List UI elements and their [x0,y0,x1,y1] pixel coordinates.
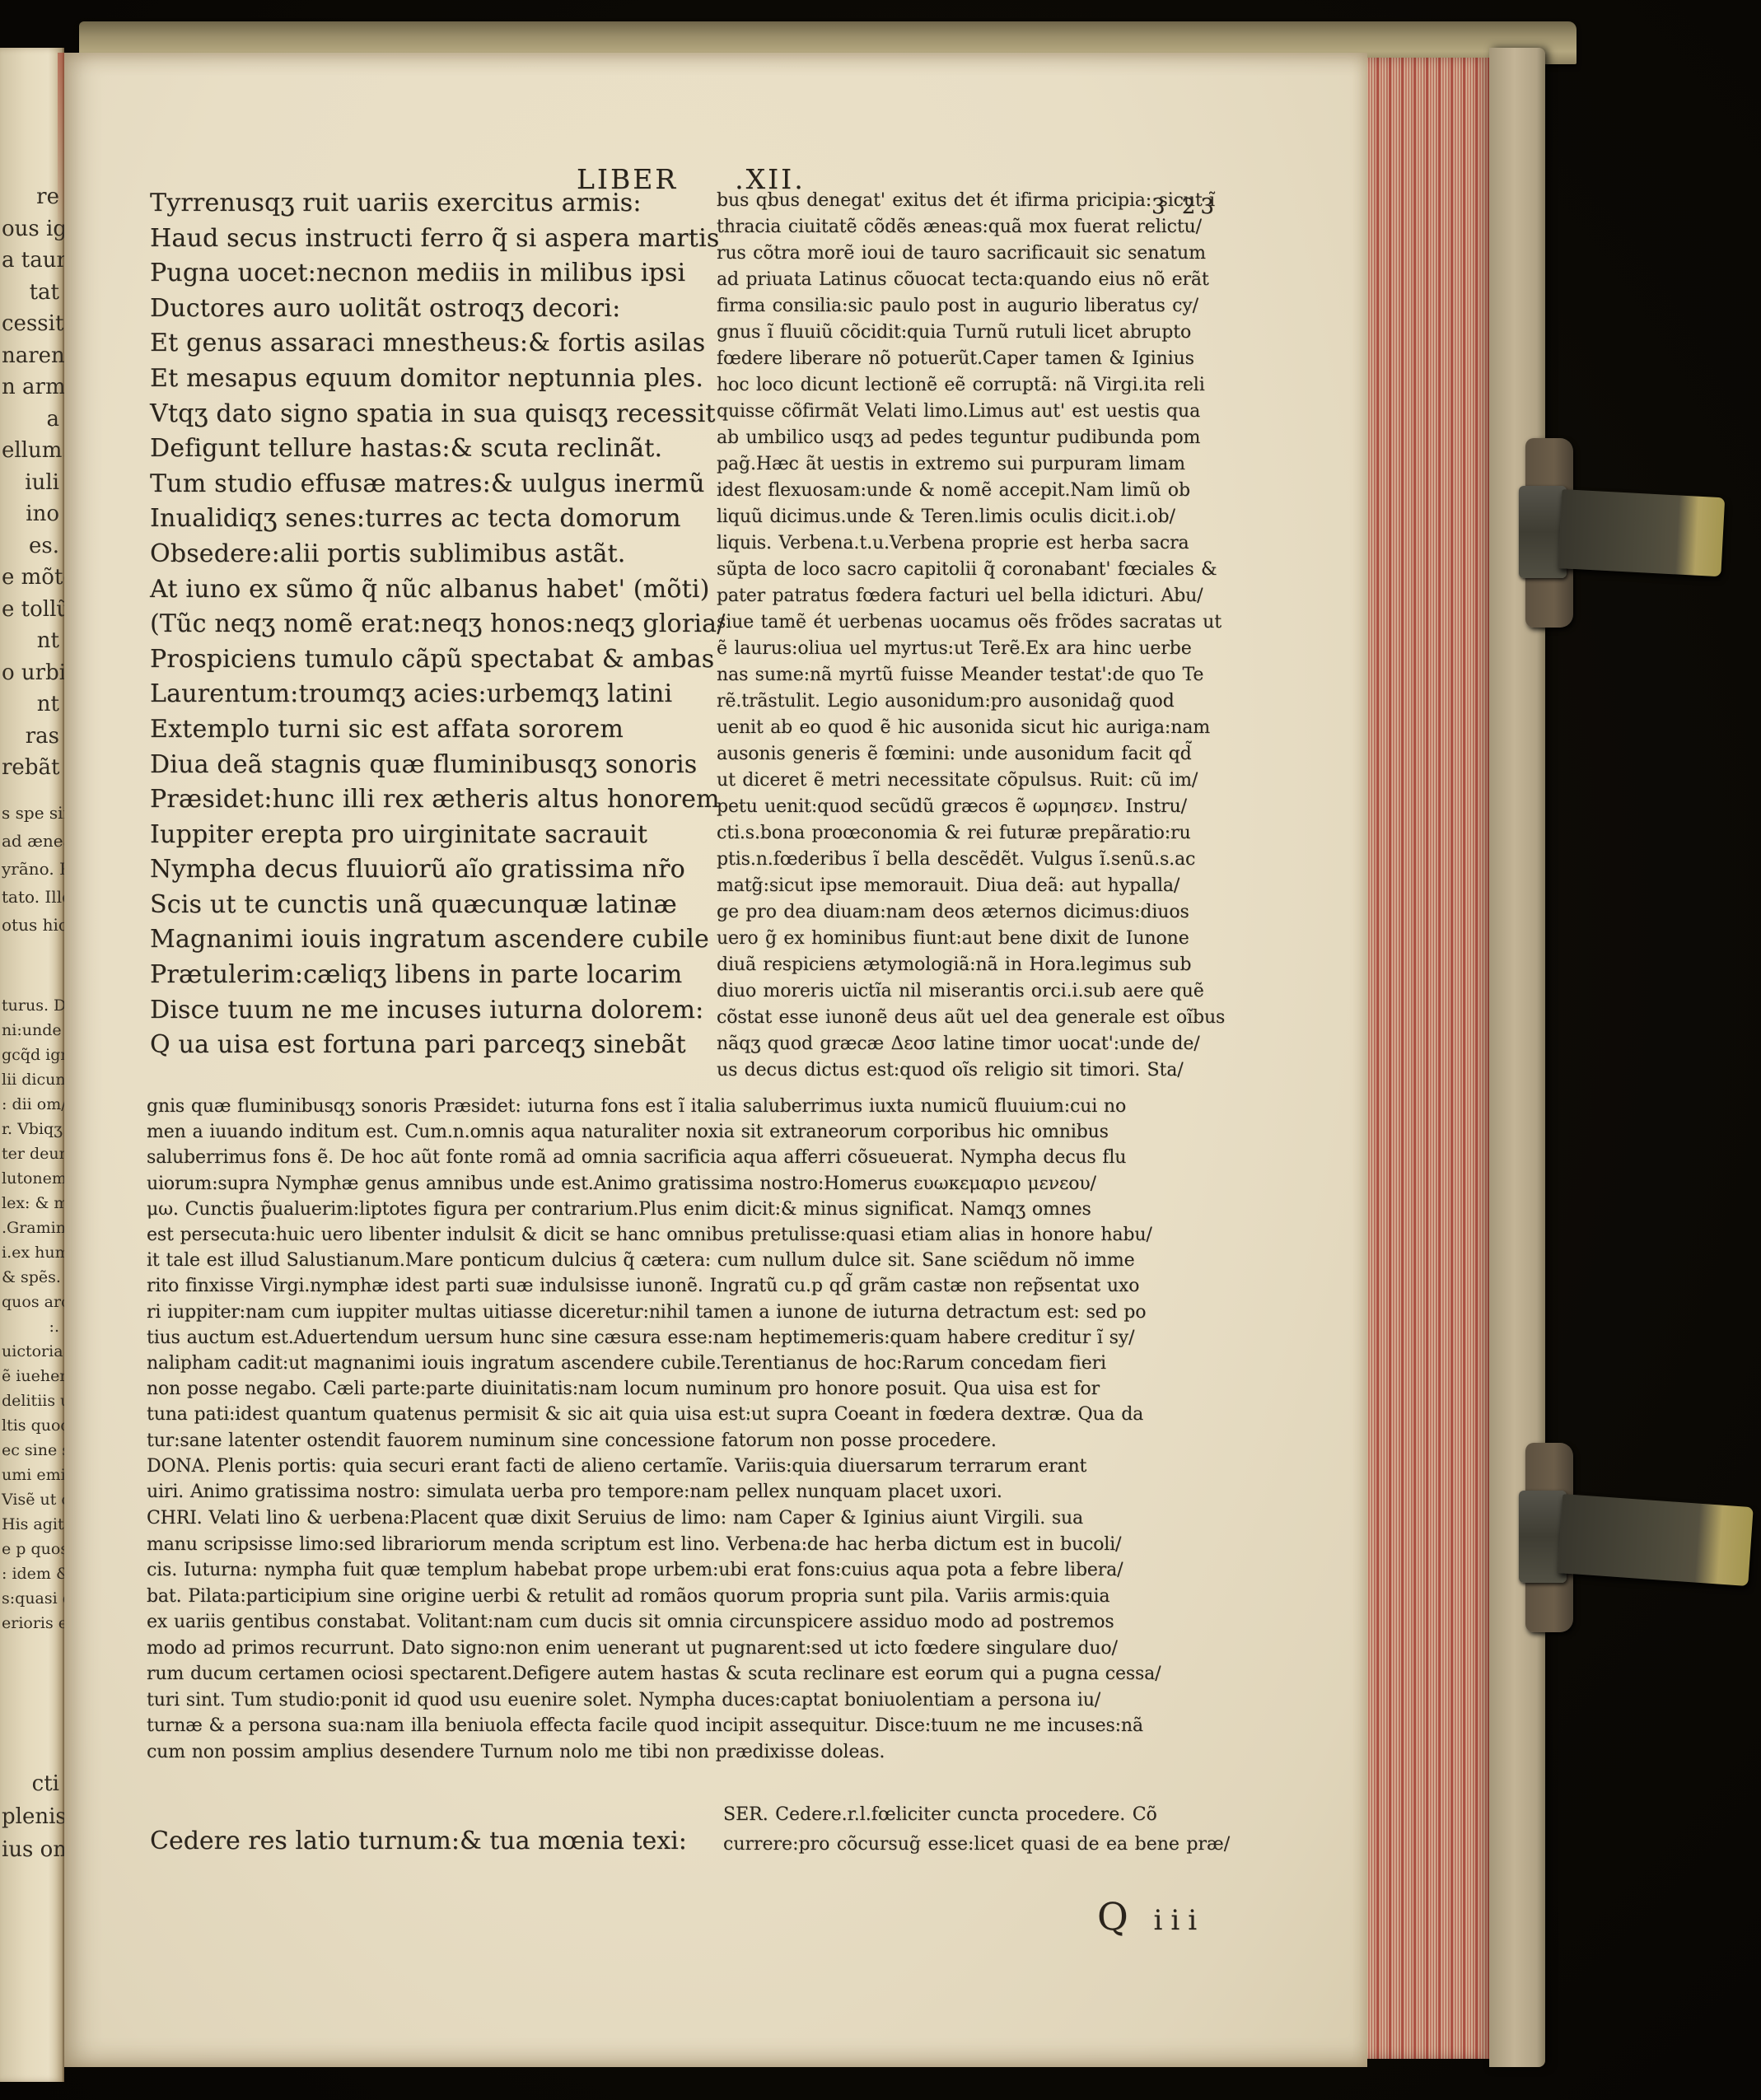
commentary-line: men a iuuando inditum est. Cum.n.omnis a… [147,1119,1260,1145]
quire-signature: Q iii [1097,1894,1205,1939]
commentary-line: rum ducum certamen ociosi spectarent.Def… [147,1661,1260,1687]
margin-fragment: n armis [2,371,59,404]
margin-fragment: nt [2,688,59,721]
commentary-line: gnis quæ fluminibusqʒ sonoris Præsidet: … [147,1094,1260,1119]
verse-line: Laurentum:troumqʒ acies:urbemqʒ latini [150,677,708,712]
margin-fragment: re [2,181,59,213]
commentary-line: bat. Pilata:participium sine origine uer… [147,1584,1260,1610]
commentary-line: uiorum:supra Nymphæ genus amnibus unde e… [147,1171,1260,1197]
commentary-line: nãqʒ quod græcæ Δεοσ latine timor uocat'… [717,1031,1260,1057]
binding-right-edge [1489,48,1545,2067]
margin-fragment: ous ignis [2,213,59,245]
margin-fragment: es. [2,530,59,562]
commentary-line: est persecuta:huic uero libenter indulsi… [147,1222,1260,1248]
commentary-column-right: bus qbus denegat' exitus det ét ifirma p… [717,188,1260,1084]
commentary-line: tur:sane latenter ostendit fauorem numin… [147,1428,1260,1454]
commentary-line: ge pro dea diuam:nam deos æternos dicimu… [717,899,1260,926]
margin-fragment: narena. [2,340,59,372]
commentary-line: rito finxisse Virgi.nymphæ idest parti s… [147,1273,1260,1299]
commentary-line: siue tamẽ ét uerbenas uocamus oẽs frõdes… [717,609,1260,636]
margin-fragment: tato. Ille.n. [2,883,59,911]
book-photograph: reous ignisa taurustatcessitnarena.n arm… [0,0,1761,2100]
verse-line: Præsidet:hunc illi rex ætheris altus hon… [150,782,708,818]
verse-line: Prospiciens tumulo cãpũ spectabat & amba… [150,642,708,678]
dona-paragraph: DONA. Plenis portis: quia securi erant f… [147,1454,1260,1505]
commentary-line: cis. Iuturna: nympha fuit quæ templum ha… [147,1557,1260,1584]
commentary-line: ptis.n.fœderibus ĩ bella descẽdẽt. Vulgu… [717,847,1260,873]
margin-fragment: lutonem: [2,1166,59,1191]
commentary-line: diuo moreris uictĩa nil miserantis orci.… [717,978,1260,1005]
margin-fragment: lii dicunt [2,1067,59,1092]
commentary-line: uero g̃ ex hominibus fiunt:aut bene dixi… [717,926,1260,952]
margin-fragment: r. Vbiqʒ [2,1117,59,1141]
margin-fragment: ius omnis [2,1833,59,1866]
margin-fragment: o urbis [2,657,59,689]
verse-line: Et mesapus equum domitor neptunnia ples. [150,362,708,397]
commentary-line: diuã respiciens ætymologiã:nã in Hora.le… [717,952,1260,978]
margin-fragment: i.ex huma [2,1240,59,1265]
commentary-line: turnæ & a persona sua:nam illa beniuola … [147,1713,1260,1739]
commentary-line: us decus dictus est:quod oĩs religio sit… [717,1057,1260,1084]
commentary-line: idest flexuosam:unde & nomẽ accepit.Nam … [717,478,1260,504]
commentary-line: pag̃.Hæc ãt uestis in extremo sui purpur… [717,451,1260,478]
commentary-line: saluberrimus fons ẽ. De hoc aũt fonte ro… [147,1145,1260,1170]
commentary-line: matg̃:sicut ipse memorauit. Diua deã: au… [717,873,1260,899]
commentary-line: ri iuppiter:nam cum iuppiter multas uiti… [147,1300,1260,1325]
commentary-line: tius auctum est.Aduertendum uersum hunc … [147,1325,1260,1351]
margin-fragment: s spe singu/ [2,799,59,827]
margin-fragment: quos arcere [2,1290,59,1314]
commentary-full-width: gnis quæ fluminibusqʒ sonoris Præsidet: … [147,1094,1260,1454]
commentary-line: rẽ.trãstulit. Legio ausonidum:pro ausoni… [717,688,1260,715]
margin-fragment: : idem & in [2,1561,59,1586]
margin-fragment: ad æneã le/ [2,827,59,855]
margin-fragment: ec sine spina [2,1438,59,1463]
margin-fragment: otus hic de/ [2,911,59,939]
commentary-line: ut diceret ẽ metri necessitate cõpulsus.… [717,768,1260,794]
verse-line: Prætulerim:cæliqʒ libens in parte locari… [150,958,708,993]
commentary-line: nas sume:nã myrtũ fuisse Meander testat'… [717,662,1260,688]
commentary-line: modo ad primos recurrunt. Dato signo:non… [147,1636,1260,1662]
commentary-line: DONA. Plenis portis: quia securi erant f… [147,1454,1260,1479]
verse-line: Vtqʒ dato signo spatia in sua quisqʒ rec… [150,397,708,432]
margin-fragment: uictoria. [2,1339,59,1364]
commentary-line: ẽ laurus:oliua uel myrtus:ut Terẽ.Ex ara… [717,636,1260,662]
verse-line: Tyrrenusqʒ ruit uariis exercitus armis: [150,186,708,222]
verse-line: Q ua uisa est fortuna pari parceqʒ sineb… [150,1028,708,1063]
margin-fragment: & spẽs. Fõ [2,1265,59,1290]
margin-fragment: erioris est. [2,1611,59,1636]
commentary-line: thracia ciuitatẽ cõdẽs æneas:quã mox fue… [717,214,1260,240]
margin-fragment: turus. Di [2,993,59,1018]
signature-numeral: iii [1154,1904,1206,1937]
margin-fragment: delitiis ut ad [2,1388,59,1413]
margin-fragment: :. [2,1314,59,1339]
margin-fragment: ẽ iuehendũ [2,1364,59,1388]
commentary-line: sũpta de loco sacro capitolii q̃ coronab… [717,557,1260,583]
clasp-top-strap [1558,489,1725,576]
verse-line: Scis ut te cunctis unã quæcunquæ latinæ [150,888,708,923]
commentary-line: hoc loco dicunt lectionẽ eẽ corruptã: nã… [717,372,1260,399]
commentary-line: ab umbilico usqʒ ad pedes teguntur pudib… [717,425,1260,451]
commentary-line: gnus ĩ fluuiũ cõcidit:quia Turnũ rutuli … [717,320,1260,346]
commentary-line: μω. Cunctis p̃ualuerim:liptotes figura p… [147,1197,1260,1222]
margin-fragment: cessit [2,308,59,340]
margin-fragment: ltis quoque [2,1413,59,1438]
commentary-line: ausonis generis ẽ fœmini: unde ausonidum… [717,741,1260,768]
commentary-line: currere:pro cõcursug̃ esse:licet quasi d… [723,1830,1267,1860]
commentary-line: pater patratus fœdera facturi uel bella … [717,583,1260,609]
commentary-line: bus qbus denegat' exitus det ét ifirma p… [717,188,1260,214]
verse-line: Extemplo turni sic est affata sororem [150,712,708,748]
verse-line: Diua deã stagnis quæ fluminibusqʒ sonori… [150,748,708,783]
commentary-line: ex uariis gentibus constabat. Volitant:n… [147,1609,1260,1636]
margin-fragment: plenis [2,1800,59,1833]
verse-line: Obsedere:alii portis sublimibus astãt. [150,537,708,572]
margin-fragment: lex: & ma/ [2,1191,59,1216]
margin-fragment: His agit.f. [2,1512,59,1537]
margin-fragment: iuli [2,467,59,499]
verse-line: Inualidiqʒ senes:turres ac tecta domorum [150,502,708,537]
commentary-line: it tale est illud Salustianum.Mare ponti… [147,1248,1260,1273]
clasp-bottom-strap [1558,1494,1754,1586]
signature-letter: Q [1097,1894,1137,1939]
commentary-line: non posse negabo. Cæli parte:parte diuin… [147,1376,1260,1402]
margin-fragment: ellum. [2,435,59,467]
margin-fragment: s:quasi dicat [2,1586,59,1611]
margin-fragment: e mõtes [2,562,59,594]
margin-fragment: cti [2,1767,59,1800]
commentary-line: cti.s.bona proœconomia & rei futuræ prep… [717,820,1260,847]
margin-fragment: gcq̃d ignẽ [2,1043,59,1067]
commentary-line: turi sint. Tum studio:ponit id quod usu … [147,1687,1260,1714]
commentary-line: fœdere liberare nõ potuerũt.Caper tamen … [717,346,1260,372]
verse-line: Ductores auro uolitãt ostroqʒ decori: [150,292,708,327]
margin-fragment: ino [2,498,59,530]
commentary-line: petu uenit:quod secũdũ græcos ẽ ωρμησεν.… [717,794,1260,820]
commentary-line: firma consilia:sic paulo post in augurio… [717,293,1260,320]
commentary-line: nalipham cadit:ut magnanimi iouis ingrat… [147,1351,1260,1376]
margin-fragment: a [2,404,59,436]
commentary-line: ad priuata Latinus cõuocat tecta:quando … [717,267,1260,293]
verse-line: Haud secus instructi ferro q̃ si aspera … [150,222,708,257]
verse-line: Nympha decus fluuiorũ aĩo gratissima nr̃… [150,852,708,888]
commentary-line: SER. Cedere.r.l.fœliciter cuncta procede… [723,1800,1267,1830]
margin-fragment: e p quos oẽs [2,1537,59,1561]
margin-fragment: Visẽ ut cale [2,1487,59,1512]
margin-fragment: rebãt [2,752,59,784]
margin-fragment: : dii om/ [2,1092,59,1117]
margin-fragments-bottom: ctiplenisius omnis [2,1767,59,1866]
red-stained-fore-edge [1364,58,1489,2059]
verse-line: Tum studio effusæ matres:& uulgus inermũ [150,467,708,502]
margin-fragment: e tollũt [2,594,59,626]
verse-line: Defigunt tellure hastas:& scuta reclinãt… [150,432,708,467]
verse-line: (Tũc neqʒ nomẽ erat:neqʒ honos:neqʒ glor… [150,607,708,642]
margin-fragment: tat [2,277,59,309]
margin-fragment: nt [2,625,59,657]
margin-fragment: ter deum [2,1141,59,1166]
commentary-line: rus cõtra morẽ ioui de tauro sacrificaui… [717,240,1260,267]
margin-fragments-commentary: turus. Dini:unde ẽ:gcq̃d ignẽlii dicunt:… [2,993,59,1636]
commentary-line: quisse cõfirmãt Velati limo.Limus aut' e… [717,399,1260,425]
margin-fragment: ni:unde ẽ: [2,1018,59,1043]
margin-fragment: yrãno. Pa [2,855,59,883]
chri-paragraph: CHRI. Velati lino & uerbena:Placent quæ … [147,1505,1260,1765]
verse-line: Magnanimi iouis ingratum ascendere cubil… [150,922,708,958]
commentary-line: cõstat esse iunonẽ deus aũt uel dea gene… [717,1005,1260,1031]
commentary-line: uenit ab eo quod ẽ hic ausonida sicut hi… [717,715,1260,741]
commentary-line: liquũ dicimus.unde & Teren.limis oculis … [717,504,1260,530]
commentary-line: uiri. Animo gratissima nostro: simulata … [147,1479,1260,1505]
verse-line: At iuno ex sũmo q̃ nũc albanus habet' (m… [150,572,708,608]
margin-fragments-small: s spe singu/ad æneã le/yrãno. Patato. Il… [2,799,59,939]
margin-fragments-verse: reous ignisa taurustatcessitnarena.n arm… [2,181,59,784]
margin-fragment: umi emittãt [2,1463,59,1487]
margin-fragment: .Gramine/ [2,1216,59,1240]
margin-fragment: a taurus [2,245,59,277]
commentary-line: CHRI. Velati lino & uerbena:Placent quæ … [147,1505,1260,1532]
previous-page-edge: reous ignisa taurustatcessitnarena.n arm… [0,48,64,2082]
verse-line: Et genus assaraci mnestheus:& fortis asi… [150,326,708,362]
verse-line: Iuppiter erepta pro uirginitate sacrauit [150,818,708,853]
commentary-line: manu scripsisse limo:sed librariorum men… [147,1532,1260,1558]
margin-fragment: ras [2,721,59,753]
commentary-line: tuna pati:idest quantum quatenus permisi… [147,1402,1260,1427]
commentary-line: liquis. Verbena.t.u.Verbena proprie est … [717,530,1260,557]
verse-column: Tyrrenusqʒ ruit uariis exercitus armis:H… [150,186,708,1063]
ser-note: SER. Cedere.r.l.fœliciter cuncta procede… [723,1800,1267,1860]
verse-line: Pugna uocet:necnon mediis in milibus ips… [150,256,708,292]
verse-line: Disce tuum ne me incuses iuturna dolorem… [150,993,708,1029]
commentary-line: cum non possim amplius desendere Turnum … [147,1739,1260,1766]
closing-verse-line: Cedere res latio turnum:& tua mœnia texi… [150,1827,687,1855]
